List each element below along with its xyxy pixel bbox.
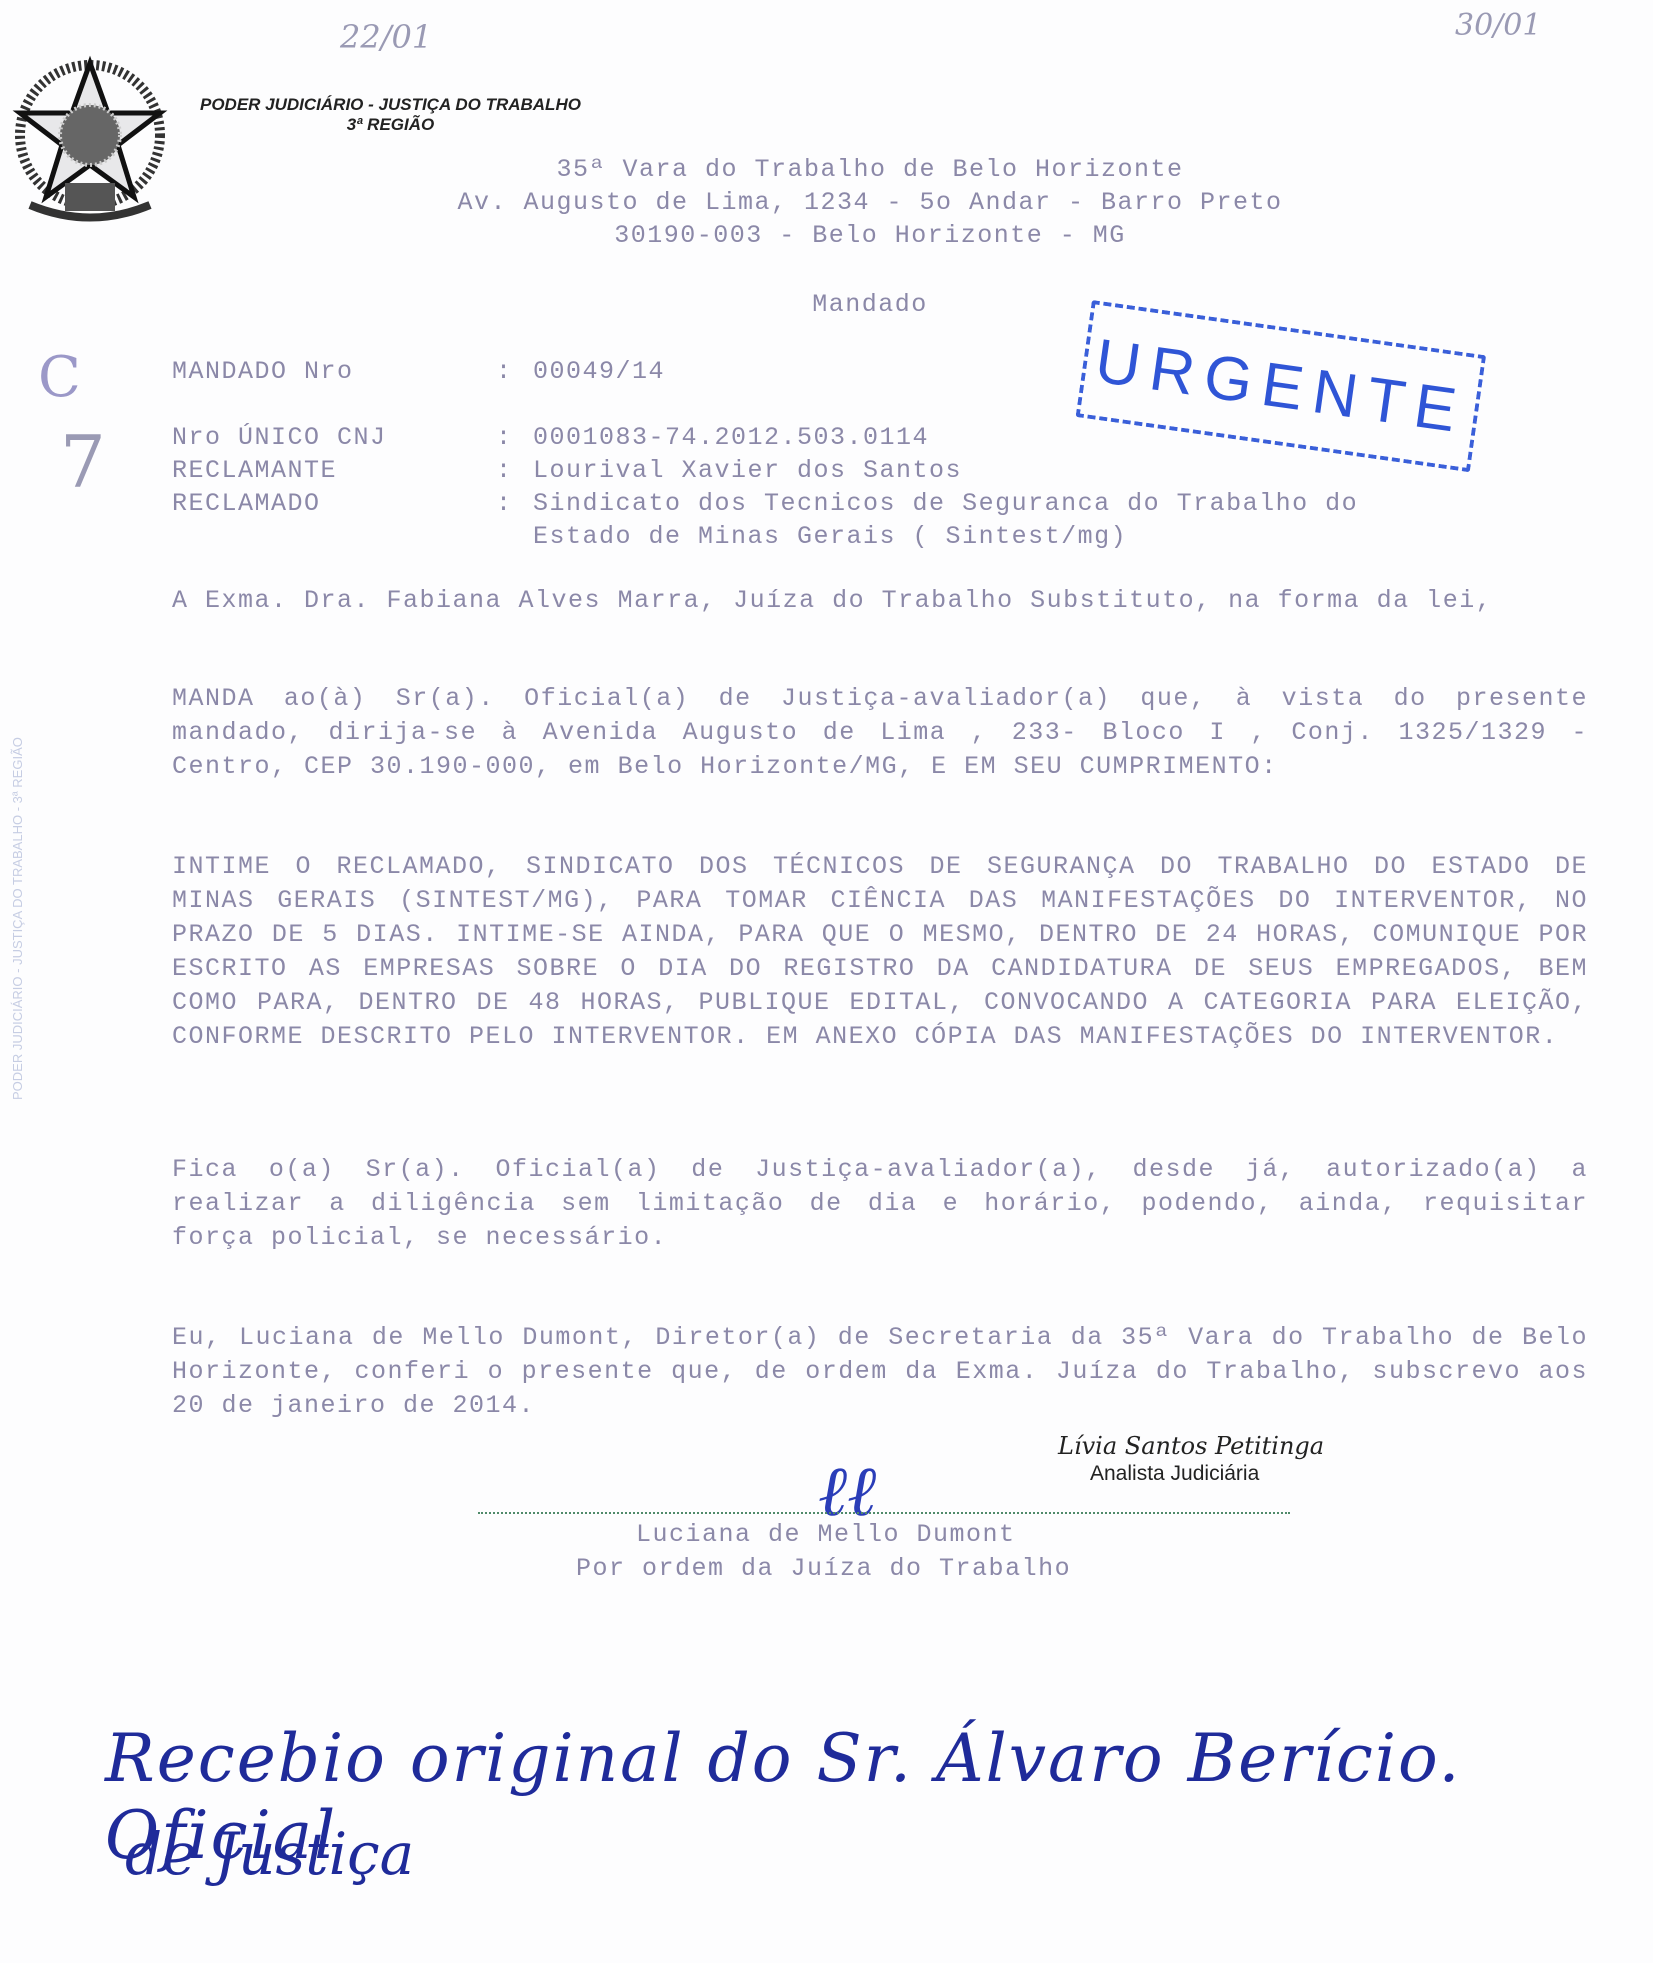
court-cep-city: 30190-003 - Belo Horizonte - MG xyxy=(0,221,1653,250)
paragraph-instructions: INTIME O RECLAMADO, SINDICATO DOS TÉCNIC… xyxy=(172,850,1588,1054)
margin-letter: C xyxy=(38,345,81,410)
court-name: 35ª Vara do Trabalho de Belo Horizonte xyxy=(0,155,1653,184)
signer-role: Por ordem da Juíza do Trabalho xyxy=(576,1554,1071,1583)
field-colon: : xyxy=(496,456,513,485)
stamp-signer-name: Lívia Santos Petitinga xyxy=(1058,1432,1324,1460)
paragraph-authorization: Fica o(a) Sr(a). Oficial(a) de Justiça-a… xyxy=(172,1153,1588,1255)
field-label-cnj: Nro ÚNICO CNJ xyxy=(172,423,472,452)
margin-number: 7 xyxy=(60,420,106,504)
org-line-1: PODER JUDICIÁRIO - JUSTIÇA DO TRABALHO xyxy=(200,95,581,115)
field-value-cnj: 0001083-74.2012.503.0114 xyxy=(533,423,929,452)
field-colon: : xyxy=(496,423,513,452)
signer-name: Luciana de Mello Dumont xyxy=(636,1520,1016,1549)
field-label-mandado-nro: MANDADO Nro xyxy=(172,357,472,386)
stamp-signer-role: Analista Judiciária xyxy=(1090,1462,1259,1486)
handwritten-date-top-left: 22/01 xyxy=(340,18,432,56)
field-value-mandado-nro: 00049/14 xyxy=(533,357,665,386)
signature-line xyxy=(478,1512,1290,1514)
organization-header: PODER JUDICIÁRIO - JUSTIÇA DO TRABALHO 3… xyxy=(200,95,581,135)
paragraph-order: MANDA ao(à) Sr(a). Oficial(a) de Justiça… xyxy=(172,682,1588,784)
paragraph-attestation: Eu, Luciana de Mello Dumont, Diretor(a) … xyxy=(172,1321,1588,1423)
field-label-reclamante: RECLAMANTE xyxy=(172,456,472,485)
field-value-reclamante: Lourival Xavier dos Santos xyxy=(533,456,962,485)
handwritten-receipt-line-2: de Justiça xyxy=(125,1820,414,1888)
field-value-reclamado: Sindicato dos Tecnicos de Seguranca do T… xyxy=(533,489,1358,518)
side-watermark-text: PODER JUDICIÁRIO - JUSTIÇA DO TRABALHO -… xyxy=(10,737,25,1100)
field-colon: : xyxy=(496,489,513,518)
org-line-2: 3ª REGIÃO xyxy=(200,115,581,135)
field-colon: : xyxy=(496,357,513,386)
field-value-reclamado-cont: Estado de Minas Gerais ( Sintest/mg) xyxy=(533,522,1127,551)
court-address: Av. Augusto de Lima, 1234 - 5o Andar - B… xyxy=(0,188,1653,217)
urgent-stamp: URGENTE xyxy=(1076,300,1487,472)
paragraph-judge: A Exma. Dra. Fabiana Alves Marra, Juíza … xyxy=(172,584,1588,618)
field-label-reclamado: RECLAMADO xyxy=(172,489,472,518)
handwritten-date-top-right: 30/01 xyxy=(1455,8,1541,43)
document-type: Mandado xyxy=(0,290,1653,319)
